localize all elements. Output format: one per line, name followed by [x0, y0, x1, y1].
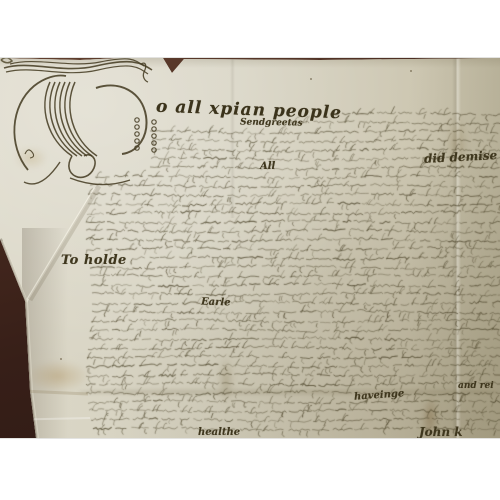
engrossed-word-john-k: John k [419, 426, 463, 438]
manuscript-photo: o all xpian people Sendgreetas did demis… [0, 57, 500, 439]
photo-frame: o all xpian people Sendgreetas did demis… [0, 0, 500, 500]
ink-speck [410, 70, 412, 72]
engrossed-word-and-rei: and rei [458, 382, 494, 391]
engrossed-word-did-demise: did demise [424, 149, 498, 165]
engrossed-word-healthe: healthe [198, 428, 240, 438]
parchment-document: o all xpian people Sendgreetas did demis… [0, 58, 500, 438]
ink-speck [310, 78, 312, 80]
engrossed-word-all: All [260, 162, 275, 172]
ink-speck [60, 358, 62, 360]
engrossed-word-earle: Earle [201, 297, 231, 308]
salutation-text: Sendgreetas [240, 118, 303, 128]
flourished-initial-icon [0, 58, 170, 193]
engrossed-word-to-holde: To holde [61, 254, 127, 267]
